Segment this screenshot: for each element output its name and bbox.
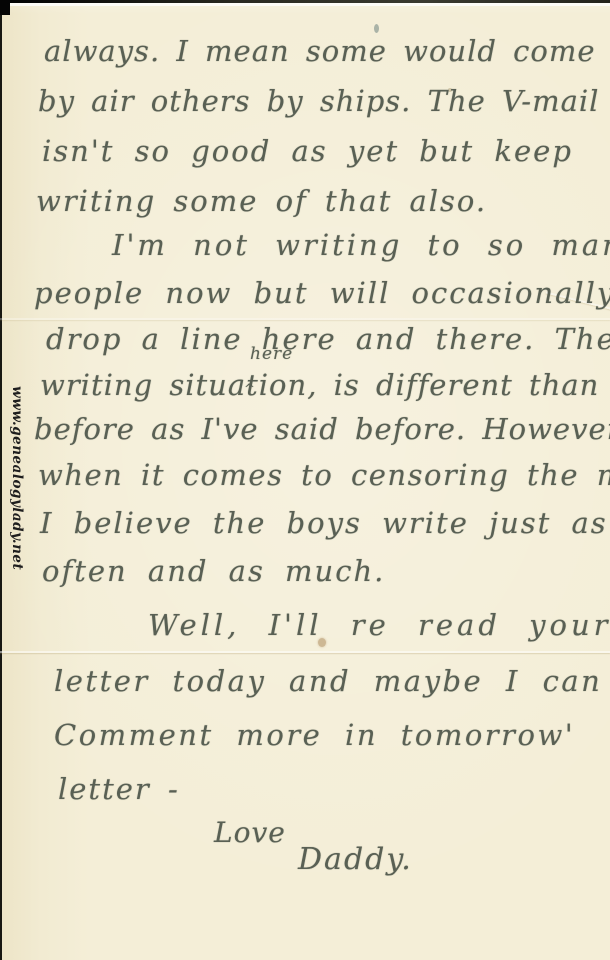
scan-corner-notch <box>0 0 10 15</box>
letter-scan: www.genealogylady.net always. I mean som… <box>0 0 610 960</box>
handwritten-line: writing situation, is different than <box>40 368 599 402</box>
fold-crease <box>0 318 610 320</box>
handwritten-line: when it comes to censoring the mail <box>38 458 610 492</box>
handwritten-line: I believe the boys write just as <box>40 506 608 540</box>
fold-crease <box>0 651 610 653</box>
handwritten-line: letter today and maybe I can <box>54 664 602 698</box>
insertion-caret-mark: ^ <box>244 382 256 397</box>
handwritten-line: Comment more in tomorrow' <box>54 718 575 752</box>
handwritten-line: isn't so good as yet but keep <box>42 134 573 168</box>
valediction: Love <box>214 816 286 849</box>
handwritten-line: always. I mean some would come <box>44 34 596 68</box>
handwritten-line: before as I've said before. However <box>34 412 610 446</box>
watermark-url: www.genealogylady.net <box>9 386 25 622</box>
scan-edge-highlight <box>8 3 610 6</box>
inserted-word: here <box>250 344 293 364</box>
handwritten-line: often and as much. <box>42 554 385 588</box>
handwritten-line: people now but will occasionally <box>34 276 610 310</box>
handwritten-line: I'm not writing to so many <box>112 228 610 262</box>
handwritten-line: by air others by ships. The V-mail <box>38 84 599 118</box>
handwritten-line: Well, I'll re read your <box>148 608 610 642</box>
scan-edge-left <box>0 0 2 960</box>
handwritten-line: drop a line here and there. The <box>46 322 610 356</box>
stain-spot <box>374 24 379 33</box>
signature-name: Daddy. <box>298 842 413 877</box>
handwritten-line: writing some of that also. <box>36 184 487 218</box>
handwritten-line: letter - <box>58 772 180 806</box>
